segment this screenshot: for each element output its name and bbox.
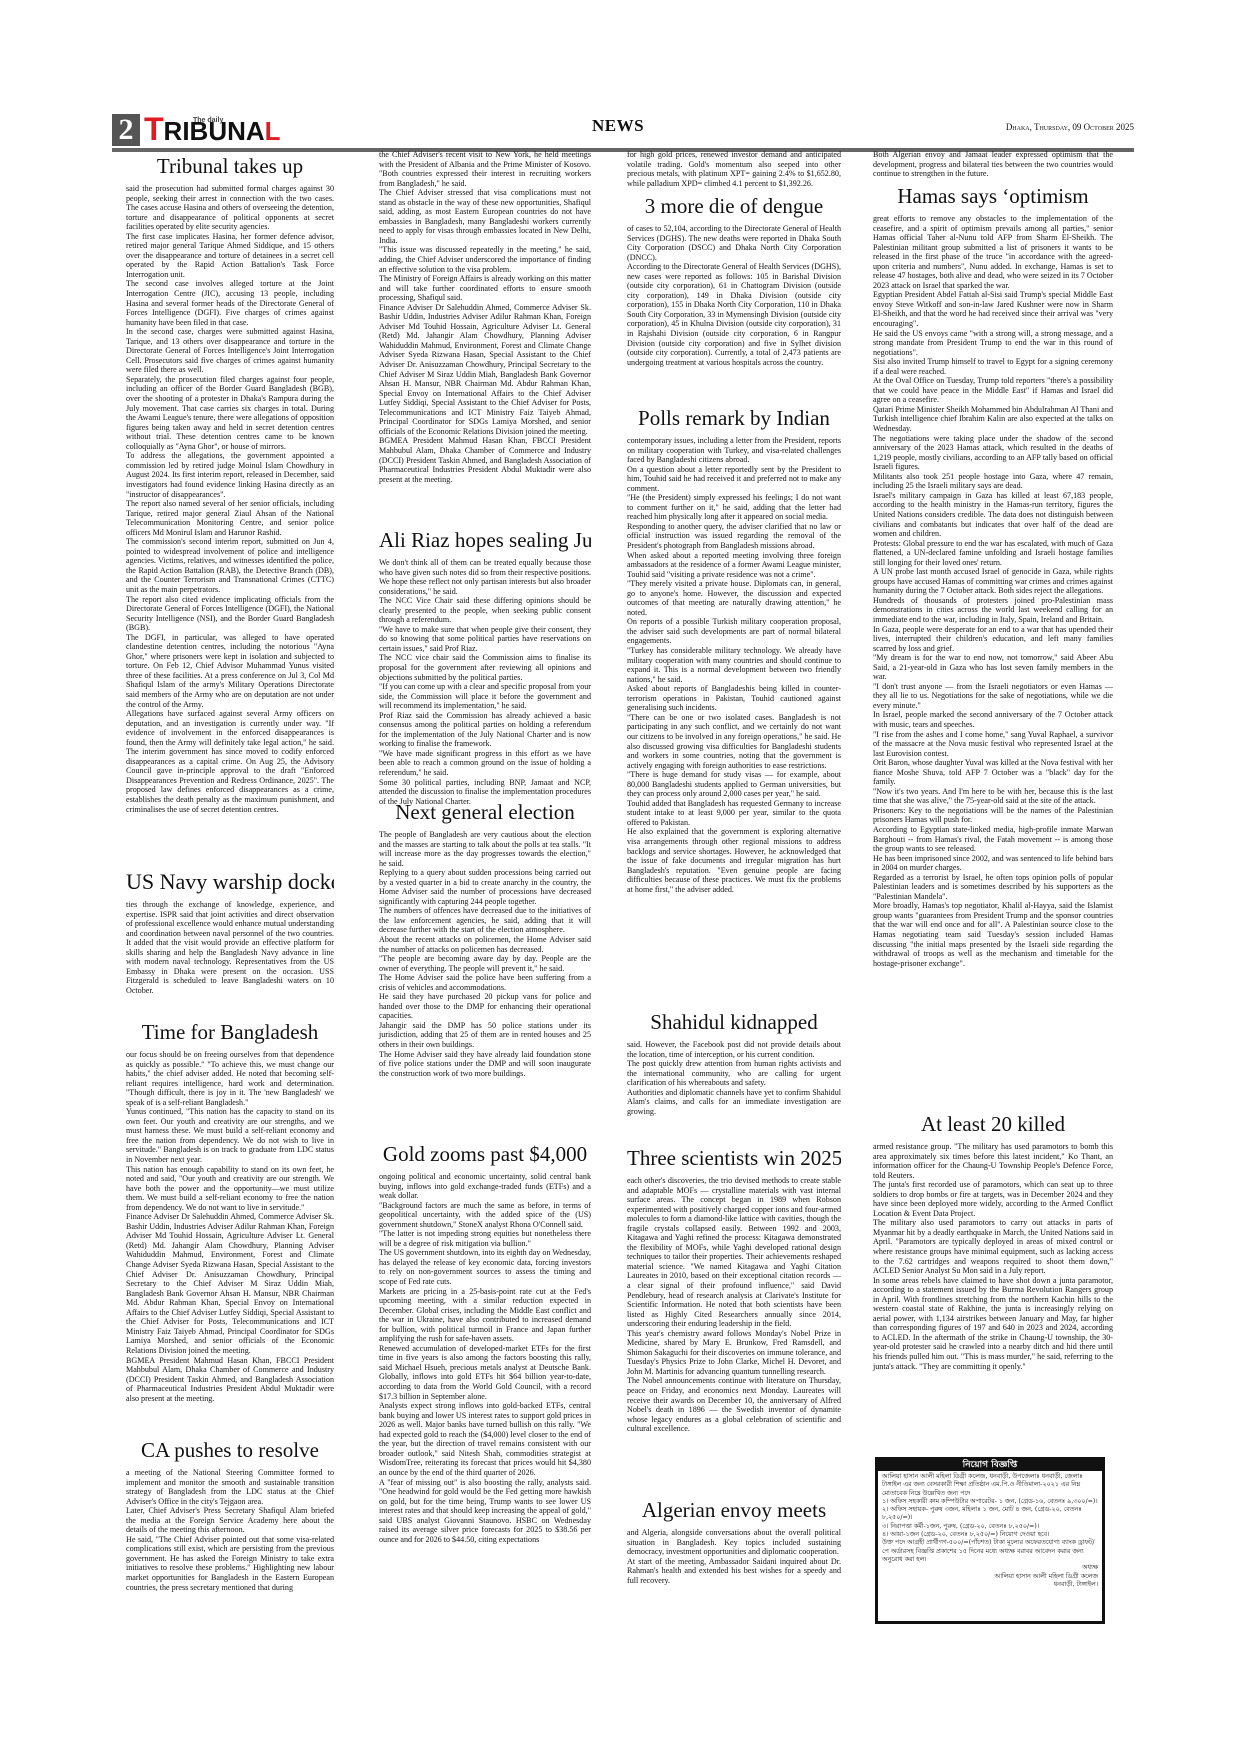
- headline: Shahidul kidnapped: [627, 1010, 841, 1034]
- paragraph: When asked about a reported meeting invo…: [627, 551, 841, 580]
- ad-line: ১। অফিস সহকারী কাম কম্পিউটার অপারেটর- ১ …: [882, 1498, 1098, 1506]
- newspaper-logo: 2 The daily TRIBUNAL: [112, 112, 281, 146]
- paragraph: The numbers of offences have decreased d…: [379, 906, 591, 935]
- paragraph: ties through the exchange of knowledge, …: [126, 900, 334, 995]
- paragraph: of cases to 52,104, according to the Dir…: [627, 224, 841, 262]
- paragraph: Protests: Global pressure to end the war…: [873, 539, 1113, 568]
- ad-line: উক্ত পদে আগ্রহী প্রার্থীগণ-৫০০/=(পাঁচশত)…: [882, 1539, 1098, 1564]
- paragraph: This year's chemistry award follows Mond…: [627, 1329, 841, 1377]
- article-ali-riaz: Ali Riaz hopes sealing July We don't thi…: [379, 524, 591, 806]
- ad-signature-name: আলিয়া হাসান আলী মহিলা ডিগ্রী কলেজ: [882, 1573, 1098, 1581]
- paragraph: The NCC vice chair said the Commission a…: [379, 653, 591, 682]
- paragraph: "The people are becoming aware day by da…: [379, 954, 591, 973]
- paragraph: Later, Chief Adviser's Press Secretary S…: [126, 1506, 334, 1535]
- paragraph: The NCC Vice Chair said these differing …: [379, 596, 591, 625]
- article-ca-pushes: CA pushes to resolve a meeting of the Na…: [126, 1434, 334, 1592]
- paragraph: According to Egyptian state-linked media…: [873, 825, 1113, 854]
- page-number: 2: [112, 114, 140, 146]
- dateline: Dhaka, Thursday, 09 October 2025: [1006, 122, 1134, 132]
- paragraph: a meeting of the National Steering Commi…: [126, 1468, 334, 1506]
- paragraph: Militants also took 251 people hostage i…: [873, 472, 1113, 491]
- paragraph: "There can be one or two isolated cases.…: [627, 713, 841, 770]
- paragraph: In some areas rebels have claimed to hav…: [873, 1276, 1113, 1371]
- headline: CA pushes to resolve: [126, 1438, 334, 1462]
- paragraph: Authorities and diplomatic channels have…: [627, 1088, 841, 1117]
- paragraph: Renewed accumulation of developed-market…: [379, 1344, 591, 1401]
- paragraph: The commission's second interim report, …: [126, 537, 334, 594]
- article-at-least-20-killed: At least 20 killed armed resistance grou…: [873, 1108, 1113, 1371]
- paragraph: armed resistance group. "The military ha…: [873, 1142, 1113, 1180]
- paragraph: About the recent attacks on policemen, t…: [379, 935, 591, 954]
- headline: Gold zooms past $4,000: [379, 1142, 591, 1166]
- paragraph: The first case implicates Hasina, her fo…: [126, 232, 334, 280]
- paragraph: He has been imprisoned since 2002, and w…: [873, 854, 1113, 873]
- article-next-general-election: Next general election The people of Bang…: [379, 796, 591, 1078]
- paragraph: The report also cited evidence implicati…: [126, 595, 334, 633]
- paragraph: The US government shutdown, into its eig…: [379, 1248, 591, 1286]
- headline: At least 20 killed: [873, 1112, 1113, 1136]
- headline: Ali Riaz hopes sealing July: [379, 528, 591, 552]
- paragraph: the Chief Adviser's recent visit to New …: [379, 150, 591, 188]
- paragraph: said the prosecution had submitted forma…: [126, 184, 334, 232]
- paragraph: Prisoners: Key to the negotiations will …: [873, 806, 1113, 825]
- paragraph: Jahangir said the DMP has 50 police stat…: [379, 1021, 591, 1050]
- paragraph: Responding to another query, the adviser…: [627, 522, 841, 551]
- paragraph: The second case involves alleged torture…: [126, 279, 334, 327]
- article-dengue: 3 more die of dengue of cases to 52,104,…: [627, 190, 841, 367]
- paragraph: Israel's military campaign in Gaza has k…: [873, 491, 1113, 539]
- article-algerian-envoy: Algerian envoy meets and Algeria, alongs…: [627, 1494, 841, 1585]
- ad-line: ৩। নিরাপত্তা কর্মী-১জন, পুরুষ, (গ্রেড-২০…: [882, 1523, 1098, 1531]
- paragraph: Hundreds of thousands of protesters join…: [873, 596, 1113, 625]
- article-gold: Gold zooms past $4,000 ongoing political…: [379, 1138, 591, 1544]
- paragraph: Allegations have surfaced against severa…: [126, 709, 334, 814]
- paragraph: Egyptian President Abdel Fattah al-Sisi …: [873, 290, 1113, 328]
- paragraph: He said the US envoys came "with a stron…: [873, 329, 1113, 358]
- paragraph: great efforts to remove any obstacles to…: [873, 214, 1113, 290]
- ad-signature-place: ধনবাড়ী, টাঙ্গাইল।: [882, 1581, 1098, 1589]
- paragraph: BGMEA President Mahmud Hasan Khan, FBCCI…: [379, 436, 591, 484]
- paragraph: "We have made significant progress in th…: [379, 749, 591, 778]
- paragraph: This nation has enough capability to sta…: [126, 1165, 334, 1213]
- paragraph: The Chief Adviser stressed that visa com…: [379, 188, 591, 245]
- paragraph: Orit Baron, whose daughter Yuval was kil…: [873, 758, 1113, 787]
- paragraph: ongoing political and economic uncertain…: [379, 1172, 591, 1201]
- paragraph: "This issue was discussed repeatedly in …: [379, 245, 591, 274]
- paragraph: A "fear of missing out" is also boosting…: [379, 1478, 591, 1545]
- paragraph: BGMEA President Mahmud Hasan Khan, FBCCI…: [126, 1356, 334, 1404]
- paragraph: The people of Bangladesh are very cautio…: [379, 830, 591, 868]
- article-ca-pushes-continued: the Chief Adviser's recent visit to New …: [379, 150, 591, 484]
- paragraph: Qatari Prime Minister Sheikh Mohammed bi…: [873, 405, 1113, 434]
- article-time-for-bangladesh: Time for Bangladesh our focus should be …: [126, 1016, 334, 1403]
- logo-tagline: The daily: [193, 106, 223, 136]
- paragraph: Markets are pricing in a 25-basis-point …: [379, 1287, 591, 1344]
- paragraph: At start of the meeting, Ambassador Said…: [627, 1557, 841, 1586]
- paragraph: On a question about a letter reportedly …: [627, 465, 841, 494]
- paragraph: The military also used paramotors to car…: [873, 1218, 1113, 1275]
- paragraph: A UN probe last month accused Israel of …: [873, 567, 1113, 596]
- paragraph: "They merely visited a private house. Di…: [627, 579, 841, 617]
- paragraph: The negotiations were taking place under…: [873, 434, 1113, 472]
- headline: Tribunal takes up: [126, 154, 334, 178]
- article-tribunal: Tribunal takes up said the prosecution h…: [126, 150, 334, 814]
- headline: Hamas says ‘optimism: [873, 184, 1113, 208]
- logo-letter-t: T: [144, 111, 164, 147]
- paragraph: He said they have purchased 20 pickup va…: [379, 992, 591, 1021]
- headline: Three scientists win 2025: [627, 1146, 841, 1170]
- paragraph: The Nobel announcements continue with li…: [627, 1376, 841, 1433]
- paragraph: "My dream is for the war to end now, not…: [873, 653, 1113, 682]
- paragraph: In Gaza, people were desperate for an en…: [873, 625, 1113, 654]
- paragraph: Prof Riaz said the Commission has alread…: [379, 711, 591, 749]
- paragraph: each other's discoveries, the trio devis…: [627, 1176, 841, 1329]
- paragraph: Replying to a query about sudden process…: [379, 868, 591, 906]
- paragraph: Touhid added that Bangladesh has request…: [627, 799, 841, 828]
- section-title: NEWS: [592, 116, 644, 136]
- paragraph: for high gold prices, renewed investor d…: [627, 150, 841, 188]
- ad-line: ২। অফিস সহায়ক- পুরুষ ৩জন, মহিলাঃ ১ জন, …: [882, 1506, 1098, 1523]
- paragraph: "I don't trust anyone — from the Israeli…: [873, 682, 1113, 711]
- paragraph: "Turkey has considerable military techno…: [627, 646, 841, 684]
- paragraph: On reports of a possible Turkish militar…: [627, 617, 841, 646]
- paragraph: and Algeria, alongside conversations abo…: [627, 1528, 841, 1557]
- logo-letter-l: L: [265, 116, 281, 146]
- paragraph: Finance Adviser Dr Salehuddin Ahmed, Com…: [126, 1212, 334, 1355]
- paragraph: Finance Adviser Dr Salehuddin Ahmed, Com…: [379, 303, 591, 437]
- paragraph: "Now it's two years. And I'm here to be …: [873, 787, 1113, 806]
- headline: Time for Bangladesh: [126, 1020, 334, 1044]
- paragraph: At the Oval Office on Tuesday, Trump tol…: [873, 376, 1113, 405]
- headline: Algerian envoy meets: [627, 1498, 841, 1522]
- paragraph: To address the allegations, the governme…: [126, 451, 334, 499]
- paragraph: Separately, the prosecution filed charge…: [126, 375, 334, 451]
- paragraph: He also explained that the government is…: [627, 827, 841, 894]
- article-gold-continued: for high gold prices, renewed investor d…: [627, 150, 841, 188]
- paragraph: The junta's first recorded use of paramo…: [873, 1180, 1113, 1218]
- article-hamas: Hamas says ‘optimism great efforts to re…: [873, 180, 1113, 968]
- paragraph: The report also named several of her sen…: [126, 499, 334, 537]
- paragraph: We don't think all of them can be treate…: [379, 558, 591, 596]
- paragraph: He said, "The Chief Adviser pointed out …: [126, 1535, 334, 1592]
- paragraph: The DGFI, in particular, was alleged to …: [126, 633, 334, 709]
- paragraph: "If you can come up with a clear and spe…: [379, 682, 591, 711]
- paragraph: "We have to make sure that when people g…: [379, 625, 591, 654]
- ad-signature-role: অধ্যক্ষ: [882, 1564, 1098, 1572]
- paragraph: said. However, the Facebook post did not…: [627, 1040, 841, 1059]
- paragraph: In the second case, charges were submitt…: [126, 327, 334, 375]
- paragraph: According to the Directorate General of …: [627, 262, 841, 367]
- masthead: 2 The daily TRIBUNAL NEWS Dhaka, Thursda…: [112, 108, 1134, 148]
- paragraph: Yunus continued, "This nation has the ca…: [126, 1107, 334, 1164]
- paragraph: The Ministry of Foreign Affairs is alrea…: [379, 274, 591, 303]
- ad-line: আলিয়া হাসান আলী মহিলা ডিগ্রী কলেজ, ধনবা…: [882, 1473, 1098, 1498]
- paragraph: "There is huge demand for study visas — …: [627, 770, 841, 799]
- article-three-scientists: Three scientists win 2025 each other's d…: [627, 1142, 841, 1434]
- paragraph: "Background factors are much the same as…: [379, 1201, 591, 1230]
- ad-title: নিয়োগ বিজ্ঞপ্তি: [878, 1460, 1102, 1471]
- paragraph: The Home Adviser said they have already …: [379, 1050, 591, 1079]
- logo-wordmark: The daily TRIBUNAL: [144, 114, 281, 146]
- article-polls-remark: Polls remark by Indian contemporary issu…: [627, 402, 841, 894]
- paragraph: The post quickly drew attention from hum…: [627, 1059, 841, 1088]
- paragraph: More broadly, Hamas's top negotiator, Kh…: [873, 901, 1113, 968]
- article-algerian-continued: Both Algerian envoy and Jamaat leader ex…: [873, 150, 1113, 179]
- paragraph: contemporary issues, including a letter …: [627, 436, 841, 465]
- headline: Next general election: [379, 800, 591, 824]
- paragraph: our focus should be on freeing ourselves…: [126, 1050, 334, 1107]
- paragraph: Analysts expect strong inflows into gold…: [379, 1401, 591, 1477]
- job-advertisement: নিয়োগ বিজ্ঞপ্তি আলিয়া হাসান আলী মহিলা …: [875, 1457, 1105, 1624]
- paragraph: Both Algerian envoy and Jamaat leader ex…: [873, 150, 1113, 179]
- paragraph: "I rise from the ashes and I come home,"…: [873, 730, 1113, 759]
- paragraph: Regarded as a terrorist by Israel, he of…: [873, 873, 1113, 902]
- headline: Polls remark by Indian: [627, 406, 841, 430]
- paragraph: "The latter is not impeding strong equit…: [379, 1229, 591, 1248]
- article-shahidul: Shahidul kidnapped said. However, the Fa…: [627, 1006, 841, 1116]
- paragraph: In Israel, people marked the second anni…: [873, 710, 1113, 729]
- paragraph: The Home Adviser said the police have be…: [379, 973, 591, 992]
- paragraph: "He (the President) simply expressed his…: [627, 493, 841, 522]
- headline: 3 more die of dengue: [627, 194, 841, 218]
- article-us-navy: US Navy warship docked ties through the …: [126, 866, 334, 995]
- headline: US Navy warship docked: [126, 870, 334, 894]
- ad-body: আলিয়া হাসান আলী মহিলা ডিগ্রী কলেজ, ধনবা…: [878, 1471, 1102, 1621]
- paragraph: Asked about reports of Bangladeshis bein…: [627, 684, 841, 713]
- paragraph: Sisi also invited Trump himself to trave…: [873, 357, 1113, 376]
